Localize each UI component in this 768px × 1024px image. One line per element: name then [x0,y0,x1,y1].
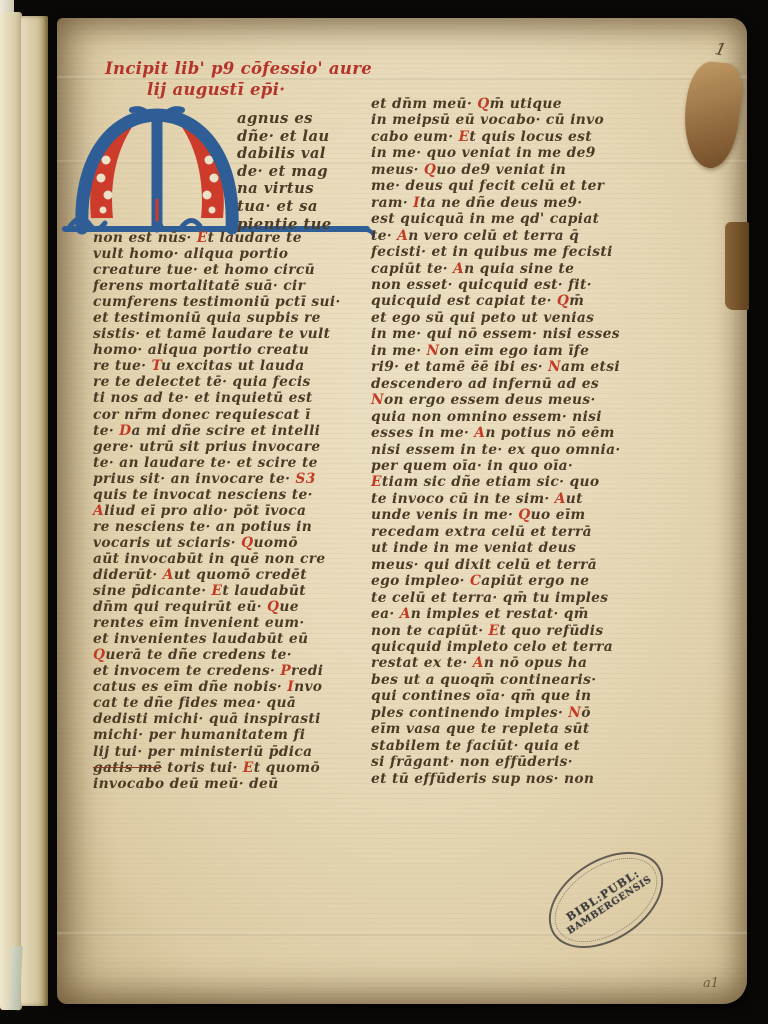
text-line: agnus es [237,110,332,128]
text-line: lij tui· per ministeriū p̄dica [93,744,341,760]
text-line: et testimoniū quia supbis re [93,310,341,326]
text-line: Non ergo essem deus meus· [371,392,621,408]
text-line: catus es eīm dñe nobis· Invo [93,679,341,695]
text-line: ram· Ita ne dñe deus me9· [371,195,621,211]
manuscript-page: 1 Incipit lib' p9 cōfessio' aure lij aug… [57,18,747,1004]
text-line: ferens mortalitatē suā· cir [93,278,341,294]
text-line: est quicquā in me qd' capiat [371,211,621,227]
text-line: et ego sū qui peto ut venias [371,310,621,326]
text-line: quicquid est capiat te· Qm̄ [371,293,621,309]
text-line: prius sit· an invocare te· S3 [93,471,341,487]
text-line: michi· per humanitatem fi [93,727,341,743]
text-line: te· Da mi dñe scire et intelli [93,423,341,439]
text-line: cumferens testimoniū pctī sui· [93,294,341,310]
text-line: sine p̄dicante· Et laudabūt [93,583,341,599]
text-line: per quem oīa· in quo oīa· [371,458,621,474]
text-line: te· An vero celū et terra q̄ [371,228,621,244]
text-line: re nesciens te· an potius in [93,519,341,535]
text-line: re te delectet tē· quia fecis [93,374,341,390]
book-edge-strip [0,12,22,1010]
book-edge-strip [21,16,48,1006]
text-line: dedisti michi· quā inspirasti [93,711,341,727]
text-line: rentes eīm invenient eum· [93,615,341,631]
text-line: non esset· quicquid est· fit· [371,277,621,293]
text-line: in meipsū eū vocabo· cū invo [371,112,621,128]
repair-patch [725,222,749,310]
text-line: restat ex te· An nō opus ha [371,655,621,671]
rubric-incipit: Incipit lib' p9 cōfessio' aure lij augus… [105,58,372,100]
text-line: cor nr̄m donec requiescat ī [93,407,341,423]
text-line: sistis· et tamē laudare te vult [93,326,341,342]
text-line: ut inde in me veniat deus [371,540,621,556]
text-line: gere· utrū sit prius invocare [93,439,341,455]
text-line: esses in me· An potius nō eēm [371,425,621,441]
text-line: tua· et sa [237,198,332,216]
text-line: vocaris ut sciaris· Quomō [93,535,341,551]
text-line: unde venis in me· Quo eīm [371,507,621,523]
text-line: capiūt te· An quia sine te [371,261,621,277]
parchment-crease [57,932,747,936]
text-line: stabilem te faciūt· quia et [371,738,621,754]
text-line: si frāgant· non effūderis· [371,754,621,770]
text-line: invocabo deū meū· deū [93,776,341,792]
text-line: na virtus [237,180,332,198]
text-line: non est nūs· Et laudare te [93,230,341,246]
text-line: ri9· et tamē ēē ibi es· Nam etsi [371,359,621,375]
library-stamp-border [540,840,673,959]
text-column-right: et dn̄m meū· Qm̄ utiquein meipsū eū voca… [371,96,621,787]
text-line: te· an laudare te· et scire te [93,455,341,471]
text-line: homo· aliqua portio creatu [93,342,341,358]
text-line: te celū et terra· qm̄ tu imples [371,590,621,606]
text-line: aūt invocabūt in quē non cre [93,551,341,567]
text-line: descendero ad infernū ad es [371,376,621,392]
text-line: qui contines oīa· qm̄ que in [371,688,621,704]
text-line: ples continendo imples· Nō [371,705,621,721]
text-line: cat te dñe fides mea· quā [93,695,341,711]
text-line: gatis mē toris tui· Et quomō [93,760,341,776]
text-line: de· et mag [237,163,332,181]
text-column-left-beside-initial: agnus esdñe· et laudabilis valde· et mag… [237,110,332,233]
text-line: in me· quo veniat in me de9 [371,145,621,161]
text-line: vult homo· aliqua portio [93,246,341,262]
text-line: Aliud eī pro alio· pōt īvoca [93,503,341,519]
text-line: et dn̄m meū· Qm̄ utique [371,96,621,112]
text-line: in me· qui nō essem· nisi esses [371,326,621,342]
text-line: me· deus qui fecit celū et ter [371,178,621,194]
rubric-line: lij augustī ep̄i· [105,79,372,100]
text-line: Querā te dñe credens te· [93,647,341,663]
text-line: dabilis val [237,145,332,163]
rubric-line: Incipit lib' p9 cōfessio' aure [105,58,372,79]
text-line: meus· qui dixit celū et terrā [371,557,621,573]
text-line: ea· An imples et restat· qm̄ [371,606,621,622]
text-line: dn̄m qui requirūt eū· Que [93,599,341,615]
text-line: creature tue· et homo circū [93,262,341,278]
text-line: recedam extra celū et terrā [371,524,621,540]
text-line: quicquid impleto celo et terra [371,639,621,655]
library-stamp: BIBL:PUBL: BAMBERGENSIS [531,832,680,968]
text-line: diderūt· Aut quomō credēt [93,567,341,583]
folio-number: 1 [713,39,728,61]
text-line: non te capiūt· Et quo refūdis [371,623,621,639]
text-line: ti nos ad te· et inquietū est [93,390,341,406]
text-line: fecisti· et in quibus me fecisti [371,244,621,260]
text-line: meus· Quo de9 veniat in [371,162,621,178]
text-line: cabo eum· Et quis locus est [371,129,621,145]
text-line: et invocem te credens· Predi [93,663,341,679]
text-line: nisi essem in te· ex quo omnia· [371,442,621,458]
quire-signature: a1 [703,976,719,991]
text-column-left: non est nūs· Et laudare tevult homo· ali… [93,230,341,792]
repair-patch [680,59,745,170]
text-line: eīm vasa que te repleta sūt [371,721,621,737]
text-line: ego impleo· Capiūt ergo ne [371,573,621,589]
text-line: dñe· et lau [237,128,332,146]
text-line: quia non omnino essem· nisi [371,409,621,425]
text-line: in me· Non eīm ego iam īfe [371,343,621,359]
text-line: te invoco cū in te sim· Aut [371,491,621,507]
text-line: et invenientes laudabūt eū [93,631,341,647]
text-line: et tū effūderis sup nos· non [371,771,621,787]
text-line: bes ut a quoqm̄ continearis· [371,672,621,688]
text-line: quis te invocat nesciens te· [93,487,341,503]
text-line: re tue· Tu excitas ut lauda [93,358,341,374]
text-line: Etiam sic dñe etiam sic· quo [371,474,621,490]
